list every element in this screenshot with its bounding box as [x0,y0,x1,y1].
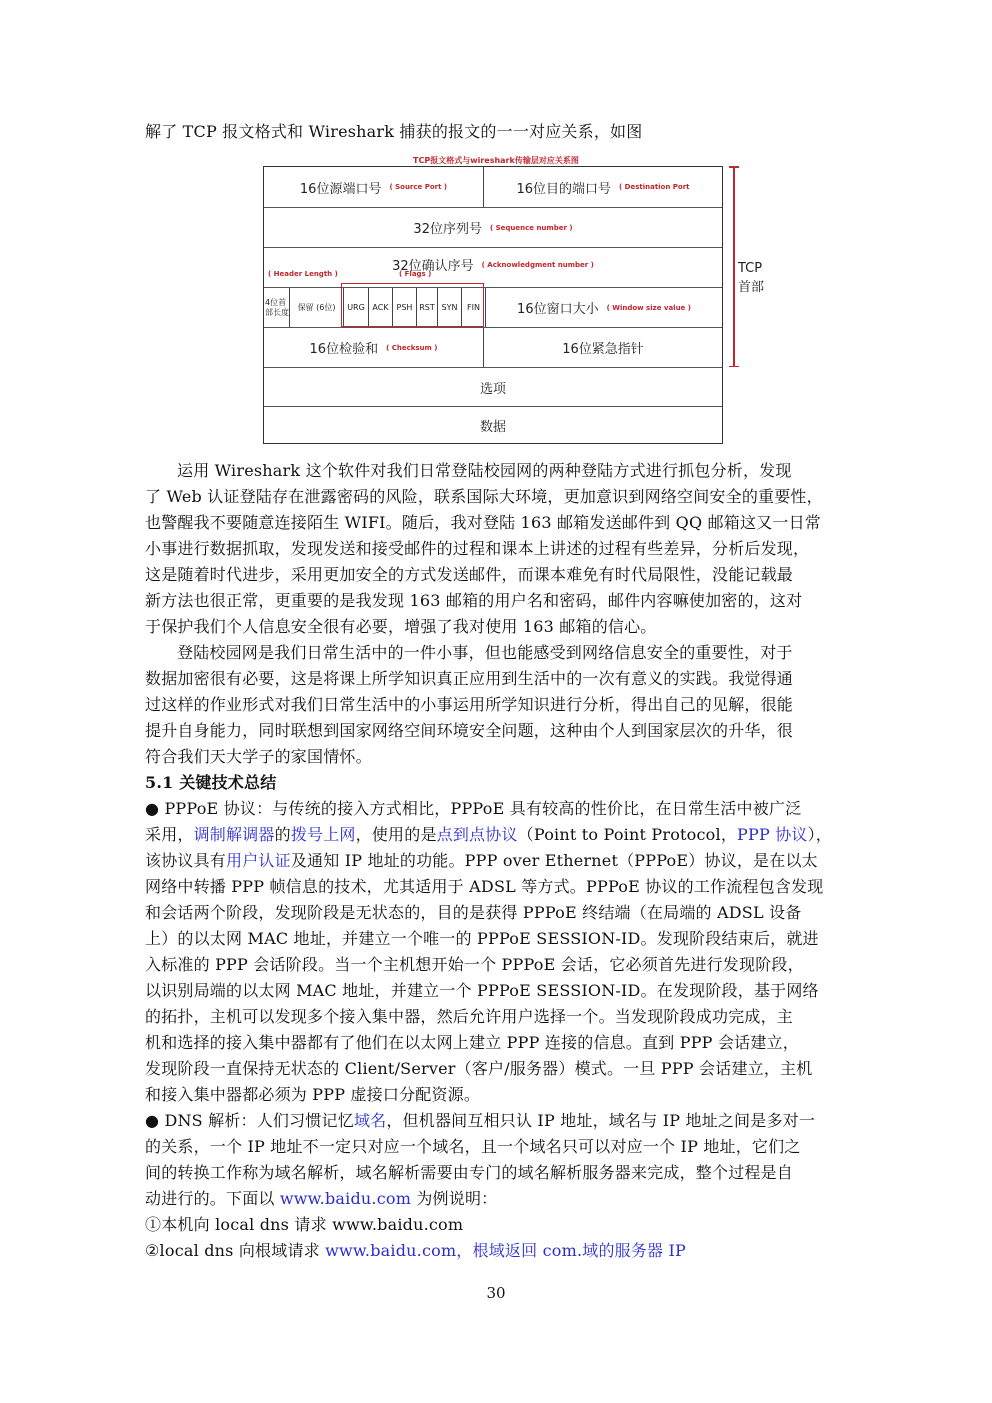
text: ● DNS 解析：人们习惯记忆 [145,1111,354,1130]
dest-port-en: ( Destination Port [619,183,690,191]
window-label: 16位窗口大小 [517,298,599,317]
link-dialup[interactable]: 拨号上网 [291,825,356,844]
tcp-label-line2: 首部 [738,278,764,297]
link-baidu-root[interactable]: www.baidu.com，根域返回 com.域的服务器 IP [325,1241,686,1260]
reserved-cell: 保留 (6位) [290,288,344,327]
source-port-en: ( Source Port ) [389,183,447,191]
checksum-label: 16位检验和 [310,338,379,357]
text: （Point to Point Protocol， [518,825,737,844]
text: ，使用的是 [356,825,437,844]
p1-line-4: 小事进行数据抓取，发现发送和接受邮件的过程和课本上讲述的过程有些差异，分析后发现… [145,536,845,562]
row-options: 选项 [264,368,722,407]
header-length-cell: 4位首部长度 [264,288,290,327]
checksum-en: ( Checksum ) [386,344,437,352]
text: ）， [808,825,832,844]
ack-cell: 32位确认序号 ( Acknowledgment number ) [264,248,722,287]
tcp-header-label: TCP 首部 [738,259,764,297]
p2-line-2: 数据加密很有必要，这是将课上所学知识真正应用到生活中的一次有意义的实践。我觉得通 [145,666,845,692]
flags-highlight-box [341,283,484,327]
p1-line-7: 于保护我们个人信息安全很有必要，增强了我对使用 163 邮箱的信心。 [145,614,845,640]
dns-line-1: ● DNS 解析：人们习惯记忆域名，但机器间互相只认 IP 地址，域名与 IP … [145,1108,845,1134]
source-port-label: 16位源端口号 [300,178,382,197]
window-en: ( Window size value ) [607,304,691,312]
pppoe-line-9: 的拓扑，主机可以发现多个接入集中器，然后允许用户选择一个。当发现阶段成功完成，主 [145,1004,845,1030]
link-baidu[interactable]: www.baidu.com [280,1189,411,1208]
p1-line-5: 这是随着时代进步，采用更加安全的方式发送邮件，而课本难免有时代局限性，没能记载最 [145,562,845,588]
pppoe-line-11: 发现阶段一直保持无状态的 Client/Server（客户/服务器）模式。一旦 … [145,1056,845,1082]
diagram-title: TCP报文格式与wireshark传输层对应关系图 [413,155,579,166]
dns-step-1: ①本机向 local dns 请求 www.baidu.com [145,1212,845,1238]
dest-port-cell: 16位目的端口号 ( Destination Port [484,167,722,207]
page-number: 30 [0,1284,992,1302]
flags-annotation: ( Flags ) [399,270,431,278]
link-p2p-protocol[interactable]: 点到点协议 [437,825,518,844]
source-port-cell: 16位源端口号 ( Source Port ) [264,167,484,207]
pppoe-line-6: 上）的以太网 MAC 地址，并建立一个唯一的 PPPoE SESSION-ID。… [145,926,845,952]
tcp-label-line1: TCP [738,259,764,278]
row-seq: 32位序列号 ( Sequence number ) [264,208,722,248]
link-user-auth[interactable]: 用户认证 [226,851,291,870]
dest-port-label: 16位目的端口号 [516,178,611,197]
seq-en: ( Sequence number ) [490,224,573,232]
urgent-pointer-cell: 16位紧急指针 [484,328,722,367]
text: 该协议具有 [145,851,226,870]
p1-line-1: 运用 Wireshark 这个软件对我们日常登陆校园网的两种登陆方式进行抓包分析… [177,458,877,484]
row-ack: 32位确认序号 ( Acknowledgment number ) ( Head… [264,248,722,288]
tcp-table: 16位源端口号 ( Source Port ) 16位目的端口号 ( Desti… [263,166,723,444]
pppoe-line-7: 入标准的 PPP 会话阶段。当一个主机想开始一个 PPPoE 会话，它必须首先进… [145,952,845,978]
pppoe-line-2: 采用，调制解调器的拨号上网，使用的是点到点协议（Point to Point P… [145,822,845,848]
text: 及通知 IP 地址的功能。PPP over Ethernet（PPPoE）协议，… [291,851,818,870]
p2-line-5: 符合我们天大学子的家国情怀。 [145,744,845,770]
pppoe-line-1: ● PPPoE 协议：与传统的接入方式相比，PPPoE 具有较高的性价比，在日常… [145,796,845,822]
text: 为例说明： [411,1189,497,1208]
pppoe-line-10: 机和选择的接入集中器都有了他们在以太网上建立 PPP 连接的信息。直到 PPP … [145,1030,845,1056]
pppoe-line-3: 该协议具有用户认证及通知 IP 地址的功能。PPP over Ethernet（… [145,848,845,874]
section-heading: 5.1 关键技术总结 [145,770,845,796]
text: 采用， [145,825,194,844]
row-data: 数据 [264,407,722,443]
intro-line: 解了 TCP 报文格式和 Wireshark 捕获的报文的一一对应关系，如图 [145,119,845,145]
seq-label: 32位序列号 [413,218,482,237]
dns-line-4: 动进行的。下面以 www.baidu.com 为例说明： [145,1186,845,1212]
p1-line-3: 也警醒我不要随意连接陌生 WIFI。随后，我对登陆 163 邮箱发送邮件到 QQ… [145,510,845,536]
row-ports: 16位源端口号 ( Source Port ) 16位目的端口号 ( Desti… [264,167,722,208]
data-cell: 数据 [264,407,722,443]
ack-en: ( Acknowledgment number ) [482,261,594,269]
dns-line-2: 的关系，一个 IP 地址不一定只对应一个域名，且一个域名只可以对应一个 IP 地… [145,1134,845,1160]
text: ②local dns 向根域请求 [145,1241,325,1260]
pppoe-line-5: 和会话两个阶段，发现阶段是无状态的，目的是获得 PPPoE 终结端（在局端的 A… [145,900,845,926]
dns-line-3: 间的转换工作称为域名解析，域名解析需要由专门的域名解析服务器来完成，整个过程是自 [145,1160,845,1186]
p2-line-4: 提升自身能力，同时联想到国家网络空间环境安全问题，这种由个人到国家层次的升华，很 [145,718,845,744]
link-ppp-protocol[interactable]: PPP 协议 [737,825,808,844]
p2-line-1: 登陆校园网是我们日常生活中的一件小事，但也能感受到网络信息安全的重要性，对于 [177,640,877,666]
options-cell: 选项 [264,368,722,406]
p2-line-3: 过这样的作业形式对我们日常生活中的小事运用所学知识进行分析，得出自己的见解，很能 [145,692,845,718]
text: ，但机器间互相只认 IP 地址，域名与 IP 地址之间是多对一 [386,1111,815,1130]
checksum-cell: 16位检验和 ( Checksum ) [264,328,484,367]
row-checksum: 16位检验和 ( Checksum ) 16位紧急指针 [264,328,722,368]
p1-line-2: 了 Web 认证登陆存在泄露密码的风险，联系国际大环境，更加意识到网络空间安全的… [145,484,845,510]
text: 的 [275,825,291,844]
text: 动进行的。下面以 [145,1189,280,1208]
tcp-header-diagram: TCP报文格式与wireshark传输层对应关系图 16位源端口号 ( Sour… [263,155,803,450]
tcp-header-bracket [733,166,735,367]
dns-step-2: ②local dns 向根域请求 www.baidu.com，根域返回 com.… [145,1238,845,1264]
window-cell: 16位窗口大小 ( Window size value ) [486,288,722,327]
link-modem[interactable]: 调制解调器 [194,825,275,844]
document-page: 解了 TCP 报文格式和 Wireshark 捕获的报文的一一对应关系，如图 T… [0,0,992,1403]
p1-line-6: 新方法也很正常，更重要的是我发现 163 邮箱的用户名和密码，邮件内容嘛使加密的… [145,588,845,614]
header-length-annotation: ( Header Length ) [268,270,338,278]
seq-cell: 32位序列号 ( Sequence number ) [264,208,722,247]
pppoe-line-12: 和接入集中器都必须为 PPP 虚接口分配资源。 [145,1082,845,1108]
link-domain-name[interactable]: 域名 [354,1111,386,1130]
row-flags: 4位首部长度 保留 (6位) URG ACK PSH RST SYN FIN 1… [264,288,722,328]
pppoe-line-4: 网络中转播 PPP 帧信息的技术，尤其适用于 ADSL 等方式。PPPoE 协议… [145,874,845,900]
pppoe-line-8: 以识别局端的以太网 MAC 地址，并建立一个 PPPoE SESSION-ID。… [145,978,845,1004]
